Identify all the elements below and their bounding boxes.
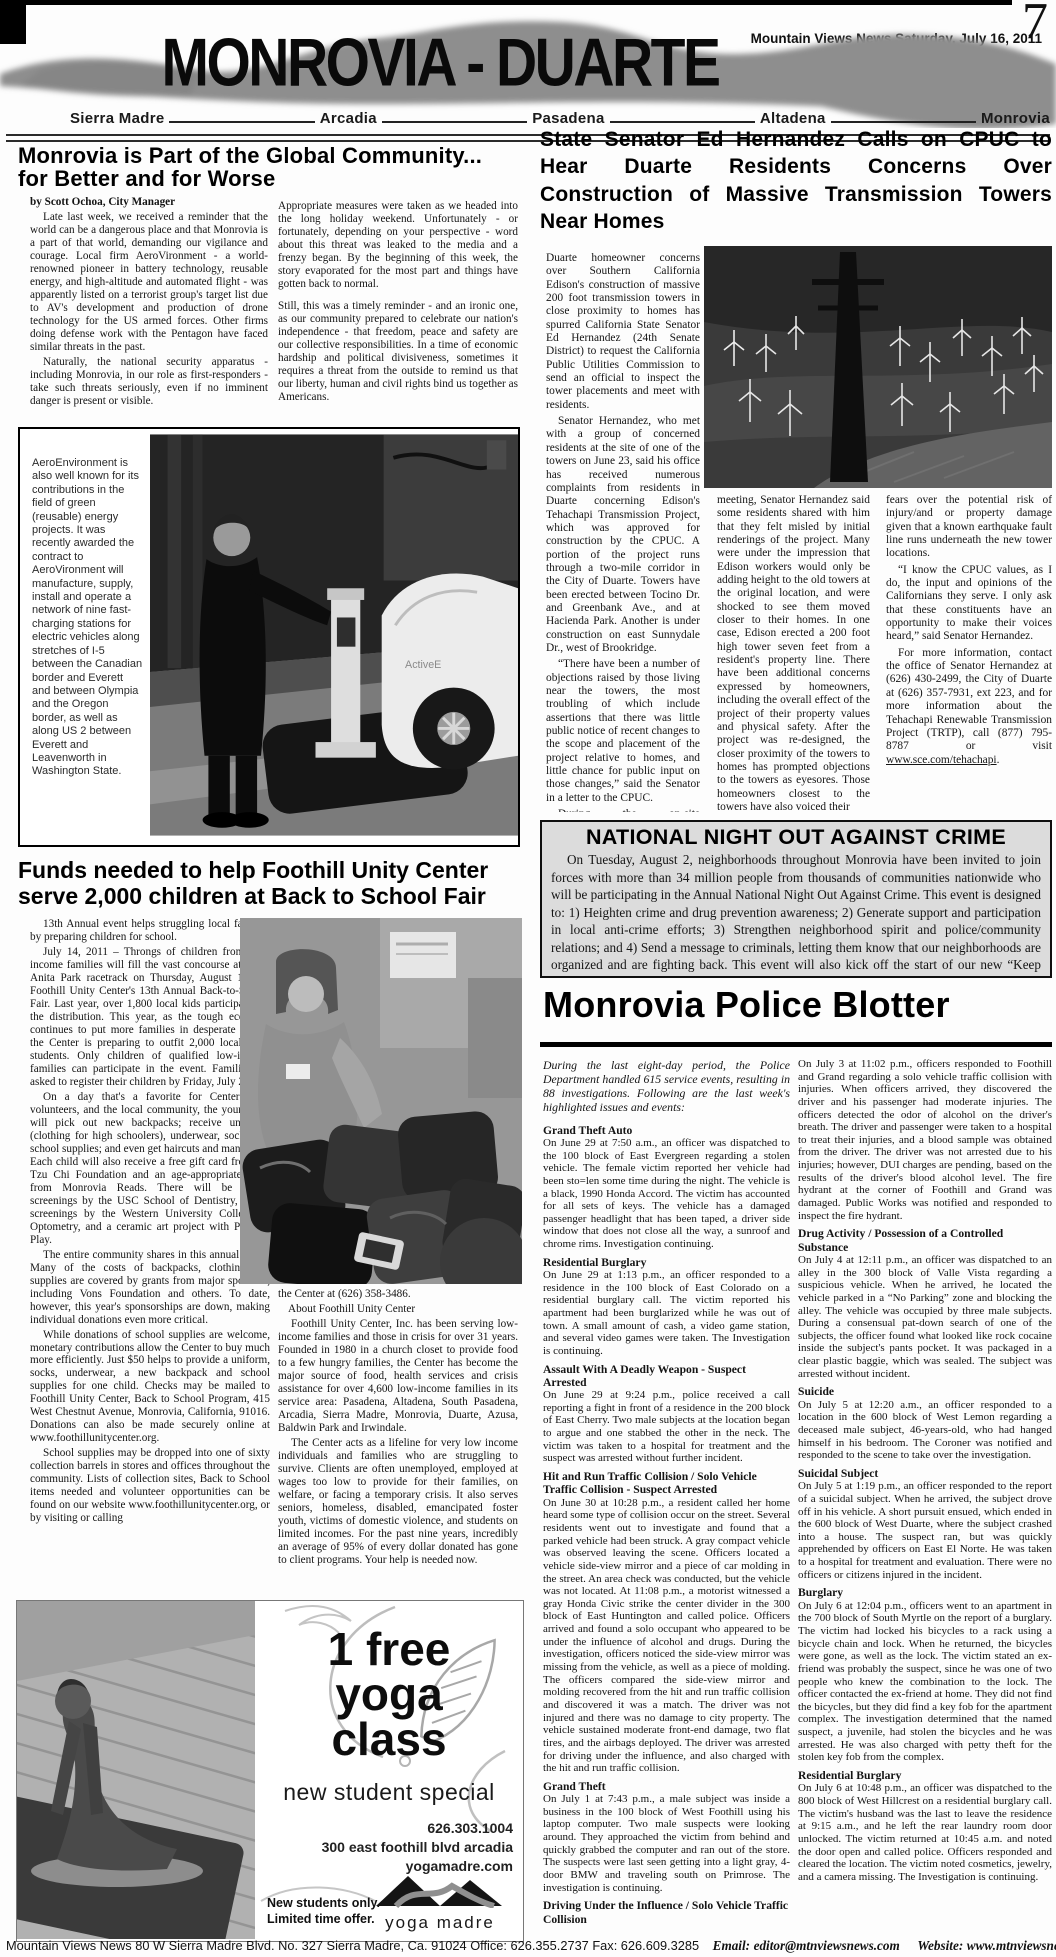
- paragraph: “I know the CPUC values, as I do, the in…: [886, 564, 1052, 644]
- blotter-section: On July 3 at 11:02 p.m., officers respon…: [798, 1058, 1052, 1222]
- senator-article-col2: meeting, Senator Hernandez said some res…: [717, 494, 870, 814]
- paragraph: Still, this was a timely reminder - and …: [278, 300, 518, 404]
- blotter-body: On July 5 at 1:19 p.m., an officer respo…: [798, 1480, 1052, 1581]
- blotter-intro: During the last eight-day period, the Po…: [543, 1058, 790, 1115]
- ad-contact-block: 626.303.1004 300 east foothill blvd arca…: [322, 1819, 513, 1876]
- city-divider: [610, 121, 755, 123]
- blotter-section: Hit and Run Traffic Collision / Solo Veh…: [543, 1470, 790, 1775]
- about-heading: About Foothill Unity Center: [278, 1303, 518, 1316]
- blotter-heading: Grand Theft Auto: [543, 1124, 790, 1137]
- photo-caption: the Center at (626) 358-3486.: [278, 1288, 518, 1301]
- paragraph: Late last week, we received a reminder t…: [30, 211, 268, 354]
- blotter-body: On June 29 at 1:13 p.m., an officer resp…: [543, 1269, 790, 1357]
- blotter-heading: Residential Burglary: [543, 1256, 790, 1269]
- footer-email-label: Email:: [713, 1938, 750, 1953]
- paragraph: Senator Hernandez, who met with a group …: [546, 415, 700, 655]
- city-divider: [382, 121, 527, 123]
- blotter-body: On July 4 at 12:11 p.m., an officer was …: [798, 1254, 1052, 1380]
- contact-text: .: [997, 754, 1000, 766]
- city-divider: [169, 121, 314, 123]
- senator-article-headline: State Senator Ed Hernandez Calls on CPUC…: [540, 126, 1052, 235]
- blotter-heading: Burglary: [798, 1586, 1052, 1599]
- paragraph: For more information, contact the office…: [886, 647, 1052, 767]
- global-article-col2: Appropriate measures were taken as we he…: [278, 200, 518, 422]
- senator-article-col1: Duarte homeowner concerns over Southern …: [546, 252, 700, 812]
- city-divider: [831, 121, 976, 123]
- night-out-body: On Tuesday, August 2, neighborhoods thro…: [542, 851, 1050, 978]
- blotter-heading: Residential Burglary: [798, 1769, 1052, 1782]
- paragraph: fears over the potential risk of injury/…: [886, 494, 1052, 561]
- blotter-body: On June 30 at 10:28 p.m., a resident cal…: [543, 1497, 790, 1775]
- ad-subtitle: new student special: [255, 1779, 523, 1806]
- ad-address: 300 east foothill blvd arcadia: [322, 1838, 513, 1857]
- blotter-section: Residential Burglary On June 29 at 1:13 …: [543, 1256, 790, 1358]
- paragraph: On a day that's a favorite for Center st…: [30, 1091, 270, 1247]
- paragraph: During the on-site: [546, 808, 700, 812]
- blotter-heading: Driving Under the Influence / Solo Vehic…: [543, 1899, 790, 1926]
- backpack-distribution-photo: [240, 918, 522, 1284]
- police-blotter-rule: [540, 1042, 1052, 1047]
- footer-contact: Mountain Views News 80 W Sierra Madre Bl…: [6, 1938, 699, 1953]
- headline-line: Monrovia is Part of the Global Community…: [18, 144, 520, 167]
- city-monrovia: Monrovia: [981, 110, 1050, 127]
- paragraph: Foothill Unity Center, Inc. has been ser…: [278, 1318, 518, 1435]
- blotter-body: On July 6 at 12:04 p.m., officers went t…: [798, 1600, 1052, 1764]
- blotter-heading: Suicidal Subject: [798, 1467, 1052, 1480]
- electric-car-charging-photo: ActiveE: [150, 429, 518, 841]
- footer-email: editor@mtnviewsnews.com: [754, 1938, 900, 1953]
- aerovironment-photo-box: AeroEnvironment is also well known for i…: [18, 427, 520, 847]
- yoga-ad-content: 1 free yoga class new student special 62…: [255, 1601, 523, 1941]
- foothill-article-headline: Funds needed to help Foothill Unity Cent…: [18, 858, 520, 910]
- blotter-section: Drug Activity / Possession of a Controll…: [798, 1227, 1052, 1380]
- headline-line: Funds needed to help Foothill Unity Cent…: [18, 858, 520, 884]
- paragraph: The entire community shares in this annu…: [30, 1249, 270, 1327]
- yoga-madre-ad: 1 free yoga class new student special 62…: [16, 1600, 524, 1942]
- paragraph: July 14, 2011 – Throngs of children from…: [30, 946, 270, 1089]
- logo-wordmark: yoga madre: [365, 1913, 515, 1933]
- police-blotter-col2: On July 3 at 11:02 p.m., officers respon…: [798, 1058, 1052, 1936]
- wind-turbines-photo: [704, 246, 1052, 488]
- footer: Mountain Views News 80 W Sierra Madre Bl…: [6, 1938, 1052, 1954]
- police-blotter-col1: During the last eight-day period, the Po…: [543, 1058, 790, 1936]
- headline-line: for Better and for Worse: [18, 167, 520, 190]
- paragraph: “There have been a number of objections …: [546, 658, 700, 805]
- blotter-heading: Drug Activity / Possession of a Controll…: [798, 1227, 1052, 1254]
- paragraph: Naturally, the national security apparat…: [30, 356, 268, 408]
- blotter-heading: Suicide: [798, 1385, 1052, 1398]
- paragraph: Duarte homeowner concerns over Southern …: [546, 252, 700, 412]
- newspaper-page: 7 Mountain Views News Saturday, July 16,…: [0, 0, 1056, 1957]
- contact-text: For more information, contact the office…: [886, 647, 1052, 752]
- ad-headline: 1 free yoga class: [255, 1627, 523, 1762]
- national-night-out-box: NATIONAL NIGHT OUT AGAINST CRIME On Tues…: [540, 820, 1052, 978]
- blotter-section: Suicidal Subject On July 5 at 1:19 p.m.,…: [798, 1467, 1052, 1581]
- blotter-section: Driving Under the Influence / Solo Vehic…: [543, 1899, 790, 1926]
- sce-link: www.sce.com/tehachapi: [886, 754, 997, 766]
- city-altadena: Altadena: [760, 110, 826, 127]
- paragraph: 13th Annual event helps struggling local…: [30, 918, 270, 944]
- byline: by Scott Ochoa, City Manager: [30, 196, 268, 209]
- masthead-title: MONROVIA - DUARTE: [110, 24, 770, 102]
- blotter-body: On June 29 at 9:24 p.m., police received…: [543, 1389, 790, 1465]
- ad-headline-line: yoga: [255, 1672, 523, 1717]
- senator-article-col3: fears over the potential risk of injury/…: [886, 494, 1052, 814]
- aerovironment-caption: AeroEnvironment is also well known for i…: [20, 429, 150, 845]
- footer-website-label: Website:: [917, 1938, 963, 1953]
- blotter-section: Grand Theft Auto On June 29 at 7:50 a.m.…: [543, 1124, 790, 1251]
- blotter-section: Grand Theft On July 1 at 7:43 p.m., a ma…: [543, 1780, 790, 1894]
- yoga-madre-logo: yoga madre: [365, 1872, 515, 1933]
- yoga-pose-photo: [17, 1601, 255, 1939]
- paragraph: While donations of school supplies are w…: [30, 1329, 270, 1446]
- ad-phone: 626.303.1004: [322, 1819, 513, 1838]
- city-pasadena: Pasadena: [532, 110, 604, 127]
- paragraph: The Center acts as a lifeline for very l…: [278, 1437, 518, 1567]
- ad-disclaimer: New students only. Limited time offer.: [267, 1895, 380, 1928]
- blotter-heading: Grand Theft: [543, 1780, 790, 1793]
- cities-row: Sierra Madre Arcadia Pasadena Altadena M…: [70, 110, 1050, 127]
- paragraph: meeting, Senator Hernandez said some res…: [717, 494, 870, 814]
- foothill-article-col1: 13th Annual event helps struggling local…: [30, 918, 270, 1584]
- headline-line: serve 2,000 children at Back to School F…: [18, 884, 520, 910]
- night-out-title: NATIONAL NIGHT OUT AGAINST CRIME: [542, 825, 1050, 850]
- footer-website: www.mtnviewsnews.com: [967, 1938, 1056, 1953]
- ad-note-line: Limited time offer.: [267, 1911, 380, 1927]
- blotter-section: Residential Burglary On July 6 at 10:48 …: [798, 1769, 1052, 1883]
- global-article-headline: Monrovia is Part of the Global Community…: [18, 144, 520, 191]
- blotter-body: On June 29 at 7:50 a.m., an officer was …: [543, 1137, 790, 1251]
- mountains-logo-icon: [370, 1872, 510, 1908]
- police-blotter-title: Monrovia Police Blotter: [543, 984, 1055, 1026]
- blotter-section: Burglary On July 6 at 12:04 p.m., office…: [798, 1586, 1052, 1764]
- global-article-col1: by Scott Ochoa, City Manager Late last w…: [30, 196, 268, 422]
- city-sierra-madre: Sierra Madre: [70, 110, 164, 127]
- blotter-section: Suicide On July 5 at 12:20 a.m., an offi…: [798, 1385, 1052, 1462]
- paragraph: Appropriate measures were taken as we he…: [278, 200, 518, 291]
- svg-text:ActiveE: ActiveE: [405, 659, 441, 671]
- blotter-heading: Assault With A Deadly Weapon - Suspect A…: [543, 1363, 790, 1390]
- blotter-body: On July 6 at 10:48 p.m., an officer was …: [798, 1782, 1052, 1883]
- scan-edge-top: [0, 0, 1012, 5]
- blotter-heading: Hit and Run Traffic Collision / Solo Veh…: [543, 1470, 790, 1497]
- blotter-body: On July 5 at 12:20 a.m., an officer resp…: [798, 1399, 1052, 1462]
- blotter-section: Assault With A Deadly Weapon - Suspect A…: [543, 1363, 790, 1466]
- ad-headline-line: class: [255, 1717, 523, 1762]
- blotter-body: On July 3 at 11:02 p.m., officers respon…: [798, 1058, 1052, 1222]
- ad-headline-line: 1 free: [255, 1627, 523, 1672]
- paragraph: School supplies may be dropped into one …: [30, 1447, 270, 1525]
- ad-note-line: New students only.: [267, 1895, 380, 1911]
- foothill-article-col2: the Center at (626) 358-3486. About Foot…: [278, 1288, 518, 1584]
- city-arcadia: Arcadia: [320, 110, 377, 127]
- blotter-body: On July 1 at 7:43 p.m., a male subject w…: [543, 1793, 790, 1894]
